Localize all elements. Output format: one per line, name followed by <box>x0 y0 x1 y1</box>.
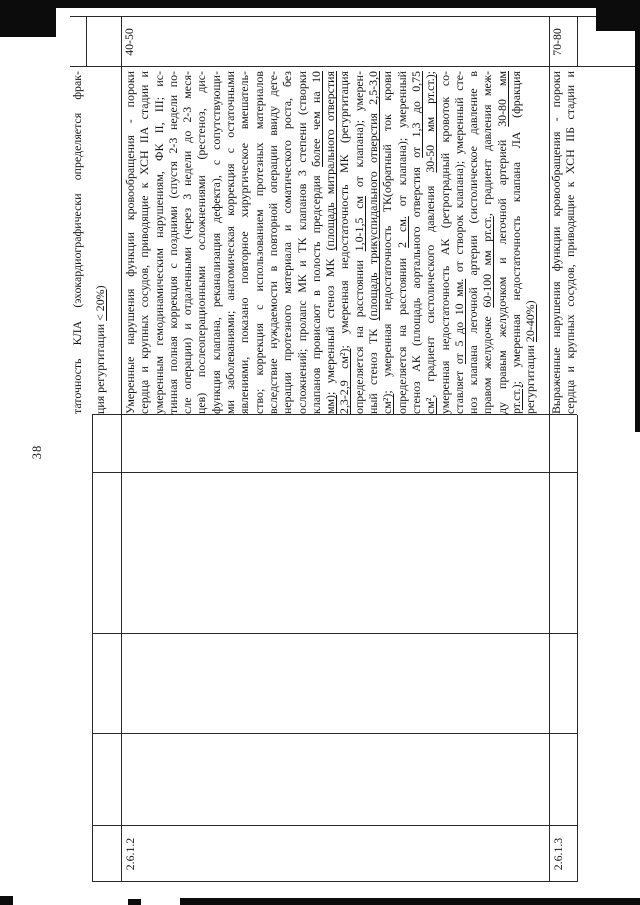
text-line: 2,3-2,9 см²); умеренная недостаточность … <box>337 71 351 414</box>
scan-edge-artifact <box>635 0 640 432</box>
underlined-amended-value: 20-40% <box>523 304 537 342</box>
text-line: функция клапана, реканализация дефекта),… <box>209 71 223 414</box>
underlined-amended-value: 2 см. <box>395 216 409 248</box>
text-line: ноз клапана легочной артерии (систоличес… <box>466 71 480 414</box>
text-line: ставляет от 5 до 10 мм. от створок клапа… <box>452 71 466 414</box>
text-line: клапанов провисают в полость предсердия … <box>309 71 323 414</box>
text-line: см², градиент систолического давления 30… <box>423 71 437 414</box>
text-line: определяется на расстоянии 2 см. от клап… <box>395 71 409 414</box>
text-line: сердца и крупных сосудов, приводящие к Х… <box>137 71 151 414</box>
text-line: регургитации 20-40%) <box>523 71 537 414</box>
text-line: умеренная недостаточность АК (ретроградн… <box>438 71 452 414</box>
text-line: нерации протезного материала и соматичес… <box>280 71 294 414</box>
underlined-amended-value: от 1,3 до 0,75 <box>409 71 423 158</box>
row-percent-value: 40-50 <box>122 17 136 67</box>
row-description: Выраженные нарушения функции кровообраще… <box>549 71 578 414</box>
underlined-amended-value: 2,3-2,9 см²) <box>337 349 351 414</box>
underlined-amended-value: от 5 до 10 мм. <box>452 279 466 364</box>
underlined-amended-value: 1,0-1,5 см <box>352 196 366 251</box>
underlined-amended-value: 30-50 мм рт.ст.) <box>423 74 437 172</box>
text-line: см²); умеренная недостаточность ТК(обрат… <box>380 71 394 414</box>
text-line: стеноз АК (площадь аортального отверстия… <box>409 71 423 414</box>
underlined-amended-value: см²) <box>380 394 394 414</box>
table-border-col-1 <box>92 825 577 826</box>
scan-edge-artifact <box>180 898 640 905</box>
table-border-row-separator-1 <box>121 17 122 882</box>
text-line: явлениями, показано повторное хирургичес… <box>237 71 251 414</box>
text-line: Умеренные нарушения функции кровообращен… <box>123 71 137 414</box>
table-border-pagebreak-top-left <box>92 415 93 882</box>
text-line: ми заболеваниями; анатомическая коррекци… <box>223 71 237 414</box>
underlined-amended-value: см² <box>423 398 437 414</box>
table-border-pagebreak-top-right <box>86 17 87 67</box>
text-line: правом желудочке 60-100 мм рт.ст., гради… <box>480 71 494 414</box>
underlined-amended-value: мм) <box>323 395 337 414</box>
table-border-col-left <box>92 881 577 882</box>
underlined-amended-value: 60-100 мм рт.ст. <box>480 216 494 307</box>
underlined-amended-value: (площадь трикуспидального отверстия 2,5-… <box>366 71 380 321</box>
text-line: рт.ст.); умеренная недостаточность клапа… <box>509 71 523 414</box>
underlined-amended-value: (площадь митрального отверстия <box>323 71 337 250</box>
text-line: осложнений; пролапс МК и ТК клапанов 3 с… <box>295 71 309 414</box>
row-code: 2.6.1.2 <box>123 826 137 882</box>
scanned-document: 38 таточность КЛА (эхокардиографически о… <box>0 0 640 905</box>
row-description: Умеренные нарушения функции кровообращен… <box>123 71 538 414</box>
underlined-amended-value: < 20% <box>93 289 107 320</box>
row-continuation-description: таточность КЛА (эхокардиографически опре… <box>66 71 111 414</box>
text-line: вследствие нуждаемости в повторной опера… <box>266 71 280 414</box>
row-code: 2.6.1.3 <box>551 826 565 882</box>
scan-edge-artifact <box>128 899 141 905</box>
text-line: тинная полная коррекция с поздними (спус… <box>166 71 180 414</box>
underlined-amended-value: рт.ст.) <box>509 384 523 414</box>
text-line: определяется на расстоянии 1,0-1,5 см от… <box>352 71 366 414</box>
table-border-col-4 <box>92 472 577 473</box>
page-number: 38 <box>30 432 45 472</box>
underlined-amended-value: более чем на 10 <box>309 71 323 167</box>
table-border-col-2 <box>92 733 577 734</box>
text-line: мм); умеренный стеноз МК (площадь митрал… <box>323 71 337 414</box>
table-border-col-5 <box>92 414 577 415</box>
text-line: таточность КЛА (эхокардиографически опре… <box>66 71 89 414</box>
scan-edge-artifact <box>0 0 56 37</box>
table-border-pagecut-bottom-right <box>577 17 578 67</box>
text-line: цев) послеоперационными осложнениями (ре… <box>194 71 208 414</box>
text-line: ция регургитации < 20%) <box>89 71 112 414</box>
text-line: ство; коррекция с использованием протезн… <box>252 71 266 414</box>
text-line: Выраженные нарушения функции кровообраще… <box>549 71 563 414</box>
text-line: ный стеноз ТК (площадь трикуспидального … <box>366 71 380 414</box>
document-page: 38 таточность КЛА (эхокардиографически о… <box>0 0 640 905</box>
text-line: умеренным гемодинамическим нарушениям, Ф… <box>152 71 166 414</box>
scan-edge-artifact <box>596 0 640 31</box>
row-percent-value: 70-80 <box>550 17 564 67</box>
scan-edge-artifact <box>0 0 640 8</box>
scan-edge-artifact <box>0 896 13 905</box>
table-border-col-3 <box>92 633 577 634</box>
underlined-amended-value: 30-80 мм <box>495 71 509 127</box>
text-line: сле операции) и отдаленными (через 3 нед… <box>180 71 194 414</box>
text-line: сердца и крупных сосудов, приводящие к Х… <box>563 71 577 414</box>
text-line: ду правым желудочком и легочной артерией… <box>495 71 509 414</box>
table-border-pagecut-bottom-left <box>577 415 578 882</box>
